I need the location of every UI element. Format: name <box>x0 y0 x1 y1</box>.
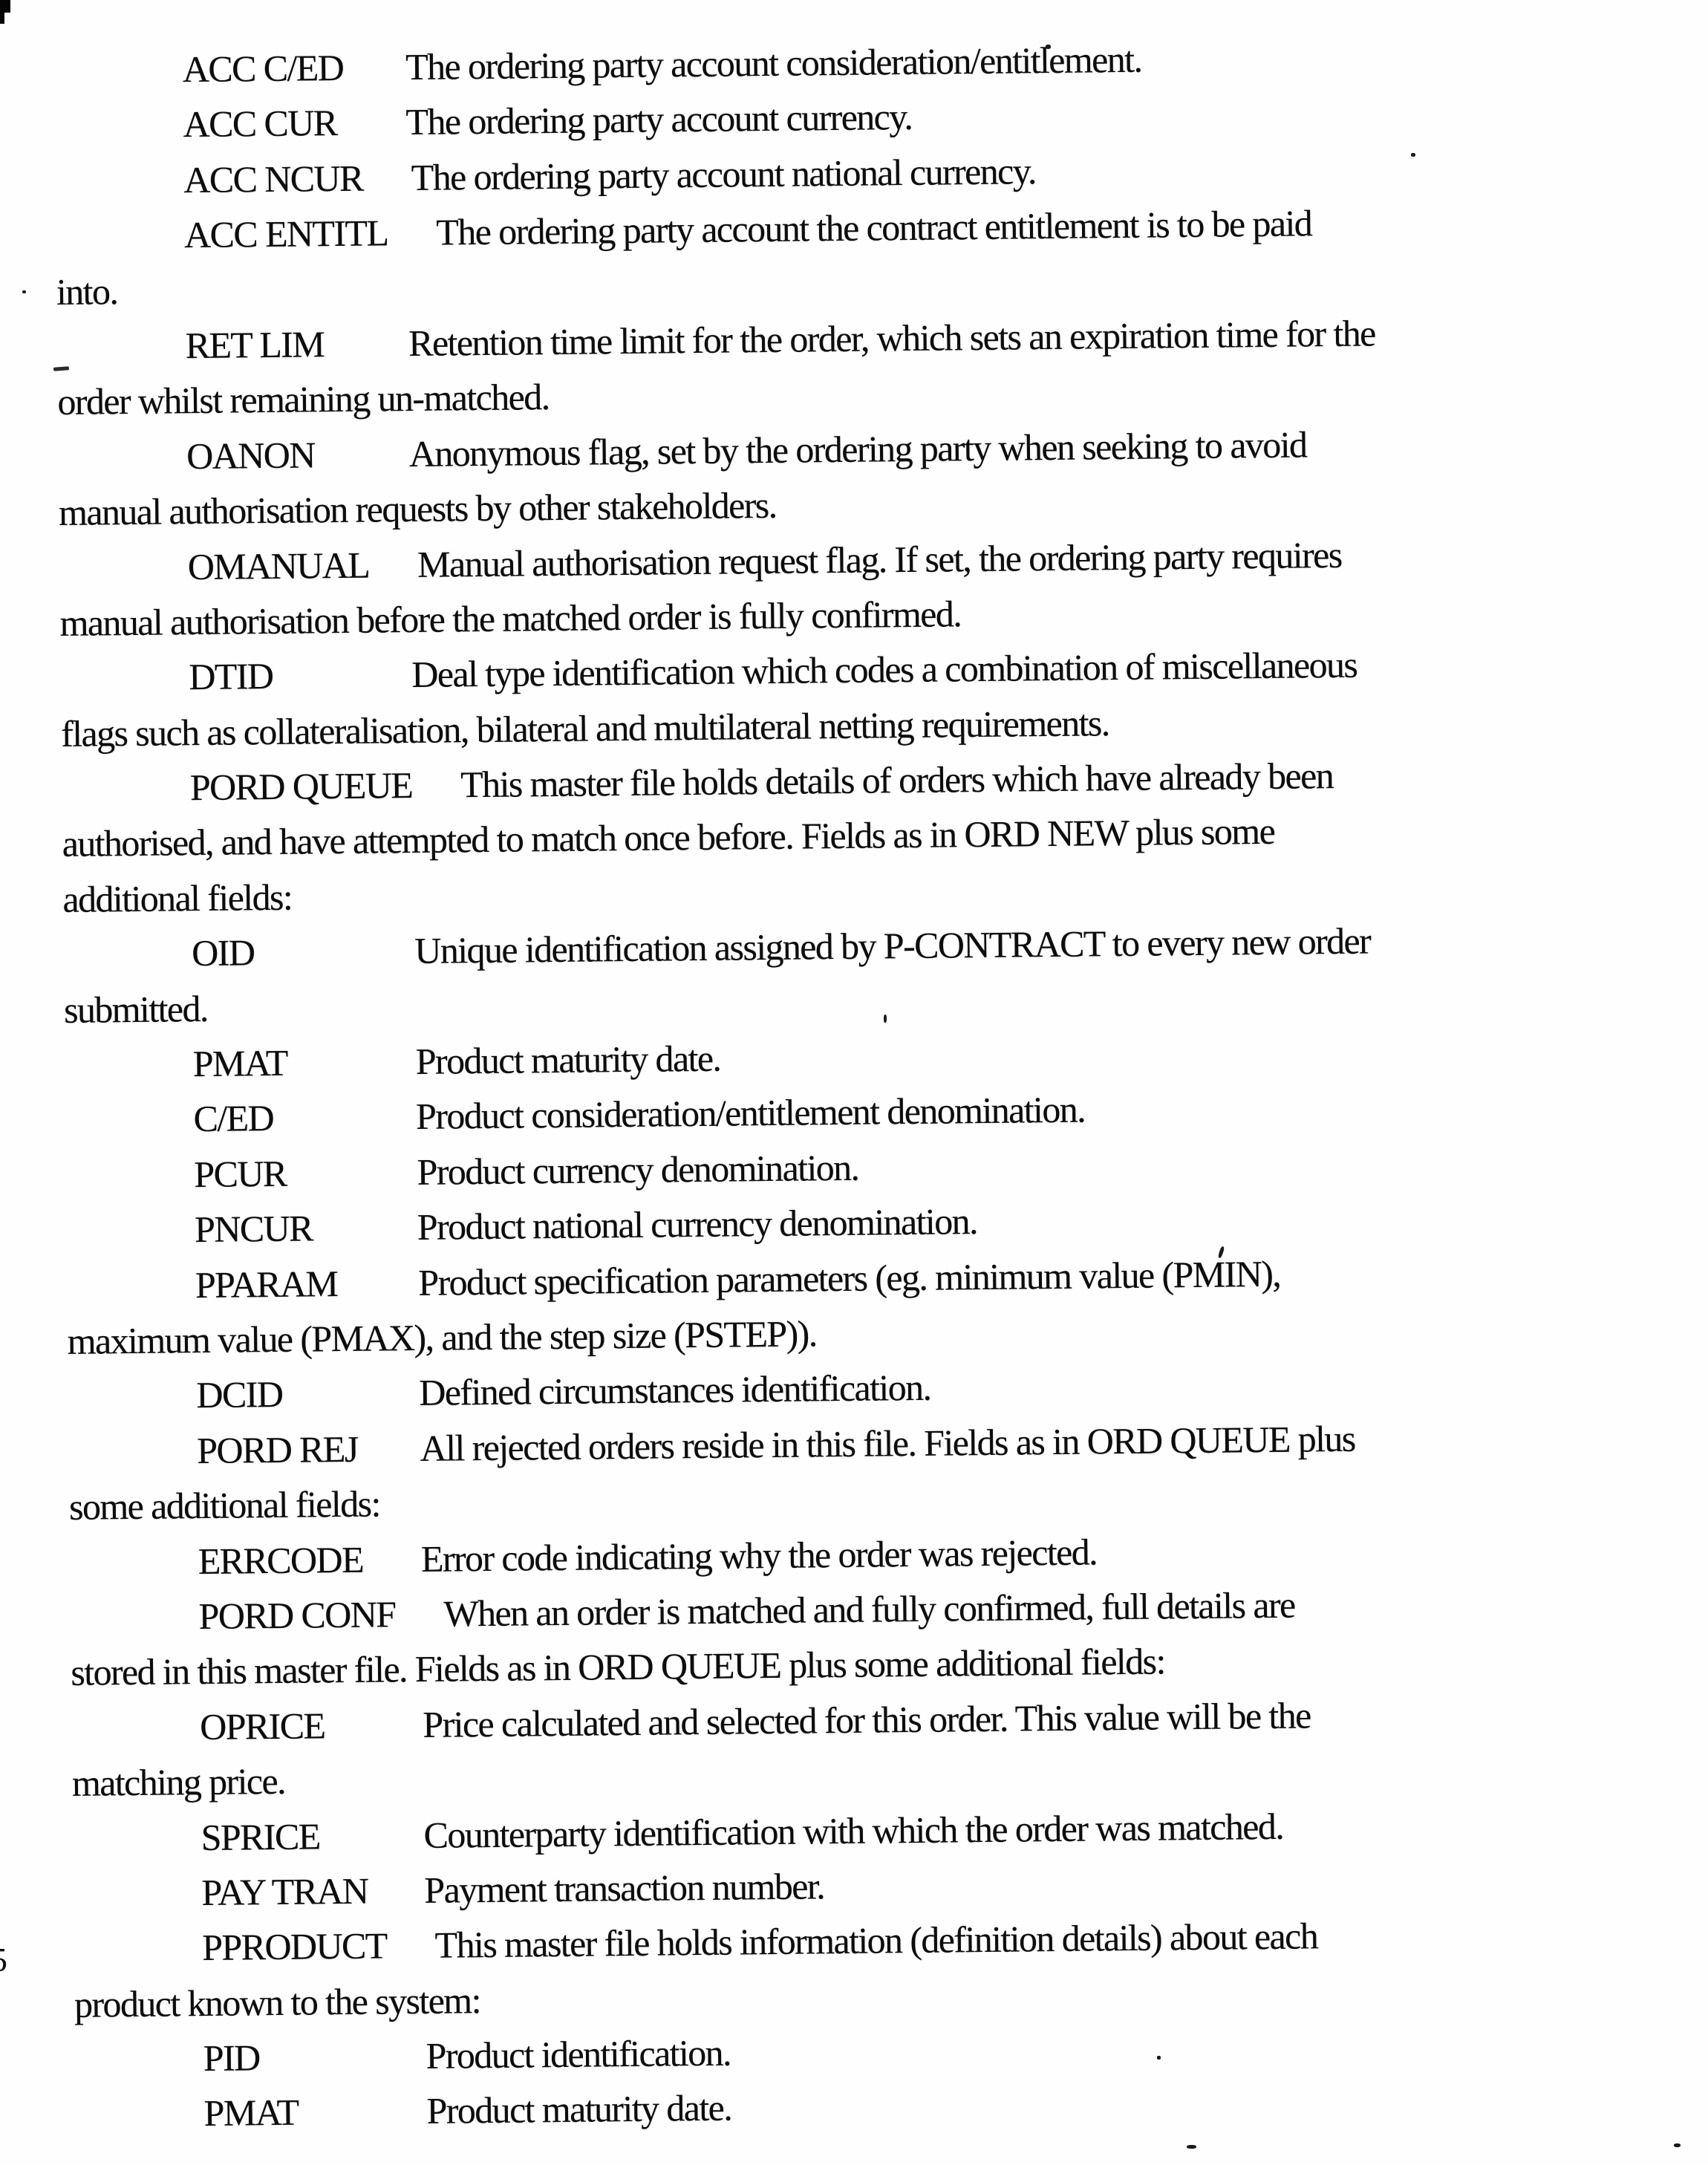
definition-list: ACC C/EDThe ordering party account consi… <box>52 26 1692 2143</box>
field-definition: When an order is matched and fully confi… <box>443 1578 1295 1641</box>
field-term: C/ED <box>193 1090 273 1147</box>
field-term: OID <box>192 925 255 980</box>
field-definition: All rejected orders reside in this file.… <box>420 1410 1355 1476</box>
field-definition: Product national currency denomination. <box>417 1194 977 1254</box>
field-term: OMANUAL <box>187 537 369 594</box>
field-term: PPRODUCT <box>202 1918 387 1976</box>
field-term: OANON <box>186 427 315 484</box>
field-definition: Unique identification assigned by P-CONT… <box>414 914 1371 979</box>
field-term: PORD REJ <box>197 1422 358 1479</box>
field-definition: This master file holds information (defi… <box>434 1909 1317 1973</box>
scanned-document-page: ACC C/EDThe ordering party account consi… <box>0 0 1708 2165</box>
field-term: ACC NCUR <box>183 150 363 207</box>
continuation-text: order whilst remaining un-matched. <box>57 369 550 429</box>
field-term: PID <box>203 2030 260 2086</box>
continuation-text: manual authorisation before the matched … <box>59 586 961 651</box>
continuation-text: submitted. <box>64 981 208 1038</box>
field-definition: Retention time limit for the order, whic… <box>408 305 1375 371</box>
field-definition: Product currency denomination. <box>417 1140 859 1200</box>
continuation-text: additional fields: <box>62 870 292 928</box>
field-term: DCID <box>196 1367 283 1423</box>
field-term: PMAT <box>192 1035 287 1092</box>
field-definition: This master file holds details of orders… <box>460 748 1334 813</box>
field-term: PPARAM <box>195 1256 338 1312</box>
field-term: ERRCODE <box>198 1531 363 1589</box>
field-definition: Deal type identification which codes a c… <box>411 637 1357 703</box>
clipped-margin-glyph: 0 <box>0 1662 1 1700</box>
field-definition: Product maturity date. <box>426 2080 731 2139</box>
scan-speck <box>1157 2056 1161 2060</box>
field-term: RET LIM <box>185 316 324 373</box>
continuation-text: into. <box>56 264 118 319</box>
clipped-line-number: 5 <box>0 1940 7 1979</box>
scan-corner-artifact-tail <box>0 0 4 24</box>
field-definition: Anonymous flag, set by the ordering part… <box>408 417 1306 481</box>
continuation-text: some additional fields: <box>69 1477 380 1535</box>
field-definition: Payment transaction number. <box>424 1858 824 1918</box>
field-definition: Counterparty identification with which t… <box>423 1798 1283 1863</box>
document-text-block: ACC C/EDThe ordering party account consi… <box>52 0 1693 2143</box>
field-definition: Product identification. <box>426 2025 731 2084</box>
field-definition: The ordering party account consideration… <box>405 32 1142 95</box>
continuation-text: maximum value (PMAX), and the step size … <box>67 1306 817 1369</box>
field-term: SPRICE <box>201 1808 320 1865</box>
field-definition: Error code indicating why the order was … <box>421 1524 1098 1586</box>
scan-speck <box>884 1015 887 1023</box>
scan-speck <box>1046 45 1051 49</box>
field-term: PORD QUEUE <box>190 758 413 815</box>
field-term: DTID <box>189 648 273 705</box>
field-definition: Price calculated and selected for this o… <box>423 1687 1311 1752</box>
field-term: ACC ENTITL <box>184 205 388 262</box>
field-term: PORD CONF <box>198 1586 396 1644</box>
field-term: PNCUR <box>195 1201 313 1257</box>
field-definition: Manual authorisation request flag. If se… <box>417 527 1342 591</box>
field-term: ACC C/ED <box>182 40 343 97</box>
field-definition: Product consideration/entitlement denomi… <box>416 1082 1086 1145</box>
field-term: PAY TRAN <box>201 1863 368 1921</box>
field-term: ACC CUR <box>183 95 337 152</box>
scan-speck <box>1674 2143 1681 2147</box>
field-term: PCUR <box>194 1146 287 1202</box>
continuation-text: product known to the system: <box>74 1973 481 2032</box>
field-definition: Product specification parameters (eg. mi… <box>418 1246 1281 1310</box>
continuation-text: manual authorisation requests by other s… <box>59 478 777 541</box>
field-definition: The ordering party account currency. <box>405 89 913 150</box>
continuation-text: matching price. <box>72 1754 286 1811</box>
scan-speck <box>1411 153 1415 157</box>
field-definition: Product maturity date. <box>415 1031 720 1090</box>
scan-speck <box>22 290 26 293</box>
field-term: OPRICE <box>200 1698 325 1754</box>
scan-speck <box>1187 2145 1196 2149</box>
field-term: PMAT <box>203 2085 299 2141</box>
field-definition: The ordering party account the contract … <box>436 195 1312 260</box>
field-definition: The ordering party account national curr… <box>411 143 1036 205</box>
field-definition: Defined circumstances identification. <box>419 1360 931 1421</box>
